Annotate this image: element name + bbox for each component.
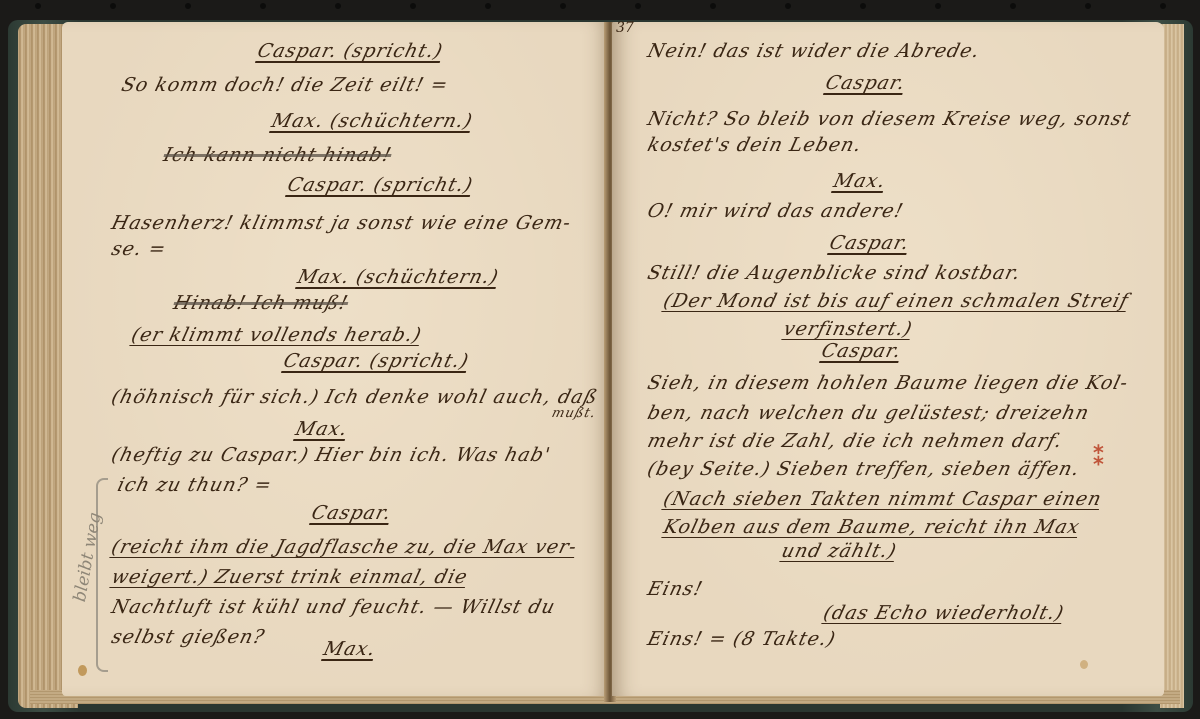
dialogue-line: (höhnisch für sich.) Ich denke wohl auch… (109, 386, 633, 408)
struck-line: Hinab! Ich muß! (171, 292, 351, 314)
left-page: Caspar. (spricht.) So komm doch! die Zei… (62, 22, 610, 696)
stage-direction: (das Echo wiederholt.) (821, 602, 1066, 624)
foxing-spot (78, 665, 87, 676)
stage-direction: (Nach sieben Takten nimmt Caspar einen (661, 488, 1104, 510)
dialogue-line: Nein! das ist wider die Abrede. (645, 40, 982, 62)
speaker-heading: Caspar. (spricht.) (281, 350, 471, 372)
stage-direction: weigert.) Zuerst trink einmal, die (109, 566, 470, 588)
right-page: 37 Nein! das ist wider die Abrede. Caspa… (612, 22, 1164, 696)
folio-number: 37 (616, 20, 634, 36)
dialogue-line: selbst gießen? (109, 626, 267, 648)
dialogue-line: Still! die Augenblicke sind kostbar. (645, 262, 1023, 284)
dialogue-line: Nachtluft ist kühl und feucht. — Willst … (109, 596, 558, 618)
speaker-heading: Caspar. (309, 502, 394, 524)
dialogue-line: Eins! = (8 Takte.) (645, 628, 838, 650)
speaker-heading: Caspar. (823, 72, 908, 94)
dialogue-line: So komm doch! die Zeit eilt! = (119, 74, 451, 96)
dialogue-line: mehr ist die Zahl, die ich nehmen darf. (645, 430, 1065, 452)
dialogue-line: ich zu thun? = (115, 474, 274, 496)
speaker-heading: Max. (293, 418, 350, 440)
speaker-heading: Max. (schüchtern.) (269, 110, 475, 132)
stage-direction: (reicht ihm die Jagdflasche zu, die Max … (109, 536, 579, 558)
dialogue-line: se. = (109, 238, 168, 260)
speaker-heading: Max. (831, 170, 888, 192)
speaker-heading: Caspar. (827, 232, 912, 254)
speaker-heading: Caspar. (819, 340, 904, 362)
stage-direction: (Der Mond ist bis auf einen schmalen Str… (661, 290, 1131, 312)
dialogue-line: Eins! (645, 578, 705, 600)
dialogue-line: kostet's dein Leben. (645, 134, 864, 156)
dialogue-line: Nicht? So bleib von diesem Kreise weg, s… (645, 108, 1133, 130)
stage-direction: (er klimmt vollends herab.) (129, 324, 424, 346)
pencil-bracket (96, 478, 108, 672)
dialogue-line: (heftig zu Caspar.) Hier bin ich. Was ha… (109, 444, 553, 466)
stage-direction: Kolben aus dem Baume, reicht ihn Max (661, 516, 1082, 538)
dialogue-line: O! mir wird das andere! (645, 200, 906, 222)
dialogue-line: ben, nach welchen du gelüstest; dreizehn (645, 402, 1092, 424)
stage-direction: und zählt.) (779, 540, 899, 562)
mounting-board (0, 0, 1200, 14)
stage-direction: verfinstert.) (781, 318, 915, 340)
speaker-heading: Caspar. (spricht.) (255, 40, 445, 62)
struck-line: Ich kann nicht hinab! (161, 144, 394, 166)
dialogue-line: Hasenherz! klimmst ja sonst wie eine Gem… (109, 212, 573, 234)
speaker-heading: Max. (321, 638, 378, 660)
dialogue-line: mußt. (550, 406, 597, 421)
speaker-heading: Caspar. (spricht.) (285, 174, 475, 196)
red-crayon-mark: ⁑ (1092, 442, 1106, 472)
foxing-spot (1080, 660, 1088, 669)
dialogue-line: Sieh, in diesem hohlen Baume liegen die … (645, 372, 1131, 394)
dialogue-line: (bey Seite.) Sieben treffen, sieben äffe… (645, 458, 1082, 480)
speaker-heading: Max. (schüchtern.) (295, 266, 501, 288)
